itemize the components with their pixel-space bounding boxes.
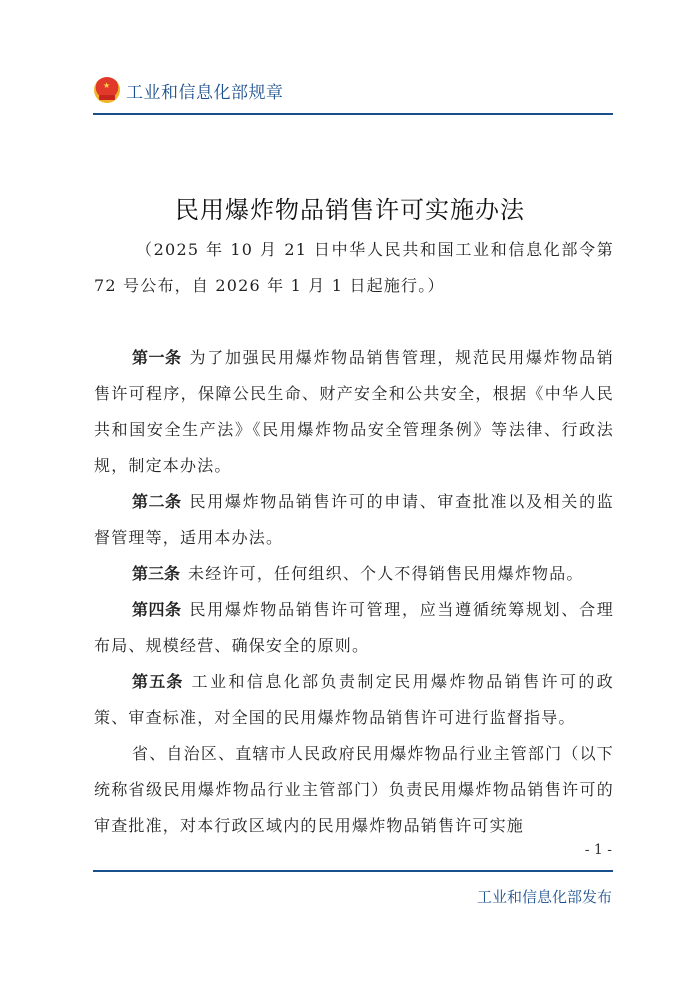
document-title: 民用爆炸物品销售许可实施办法	[0, 190, 700, 225]
page-number: - 1 -	[585, 842, 612, 858]
promulgation-note: （2025 年 10 月 21 日中华人民共和国工业和信息化部令第 72 号公布…	[94, 232, 614, 304]
document-body: 第一条为了加强民用爆炸物品销售管理，规范民用爆炸物品销售许可程序，保障公民生命、…	[94, 340, 614, 844]
article-label: 第三条	[132, 564, 180, 583]
article-1: 第一条为了加强民用爆炸物品销售管理，规范民用爆炸物品销售许可程序，保障公民生命、…	[94, 340, 614, 484]
article-5-continuation: 省、自治区、直辖市人民政府民用爆炸物品行业主管部门（以下统称省级民用爆炸物品行业…	[94, 736, 614, 844]
national-emblem-icon: ★	[94, 77, 120, 103]
header-title: 工业和信息化部规章	[126, 78, 284, 103]
header-divider	[93, 113, 613, 115]
article-label: 第二条	[132, 492, 182, 511]
page-header: ★ 工业和信息化部规章	[94, 74, 284, 106]
article-label: 第五条	[132, 672, 184, 691]
article-5: 第五条工业和信息化部负责制定民用爆炸物品销售许可的政策、审查标准，对全国的民用爆…	[94, 664, 614, 736]
article-3: 第三条未经许可，任何组织、个人不得销售民用爆炸物品。	[94, 556, 614, 592]
article-text: 未经许可，任何组织、个人不得销售民用爆炸物品。	[188, 564, 584, 583]
article-2: 第二条民用爆炸物品销售许可的申请、审查批准以及相关的监督管理等，适用本办法。	[94, 484, 614, 556]
publisher-label: 工业和信息化部发布	[477, 886, 612, 907]
article-label: 第四条	[132, 600, 182, 619]
article-text: 为了加强民用爆炸物品销售管理，规范民用爆炸物品销售许可程序，保障公民生命、财产安…	[94, 348, 614, 475]
article-4: 第四条民用爆炸物品销售许可管理，应当遵循统筹规划、合理布局、规模经营、确保安全的…	[94, 592, 614, 664]
footer-divider	[93, 870, 613, 872]
article-label: 第一条	[132, 348, 182, 367]
